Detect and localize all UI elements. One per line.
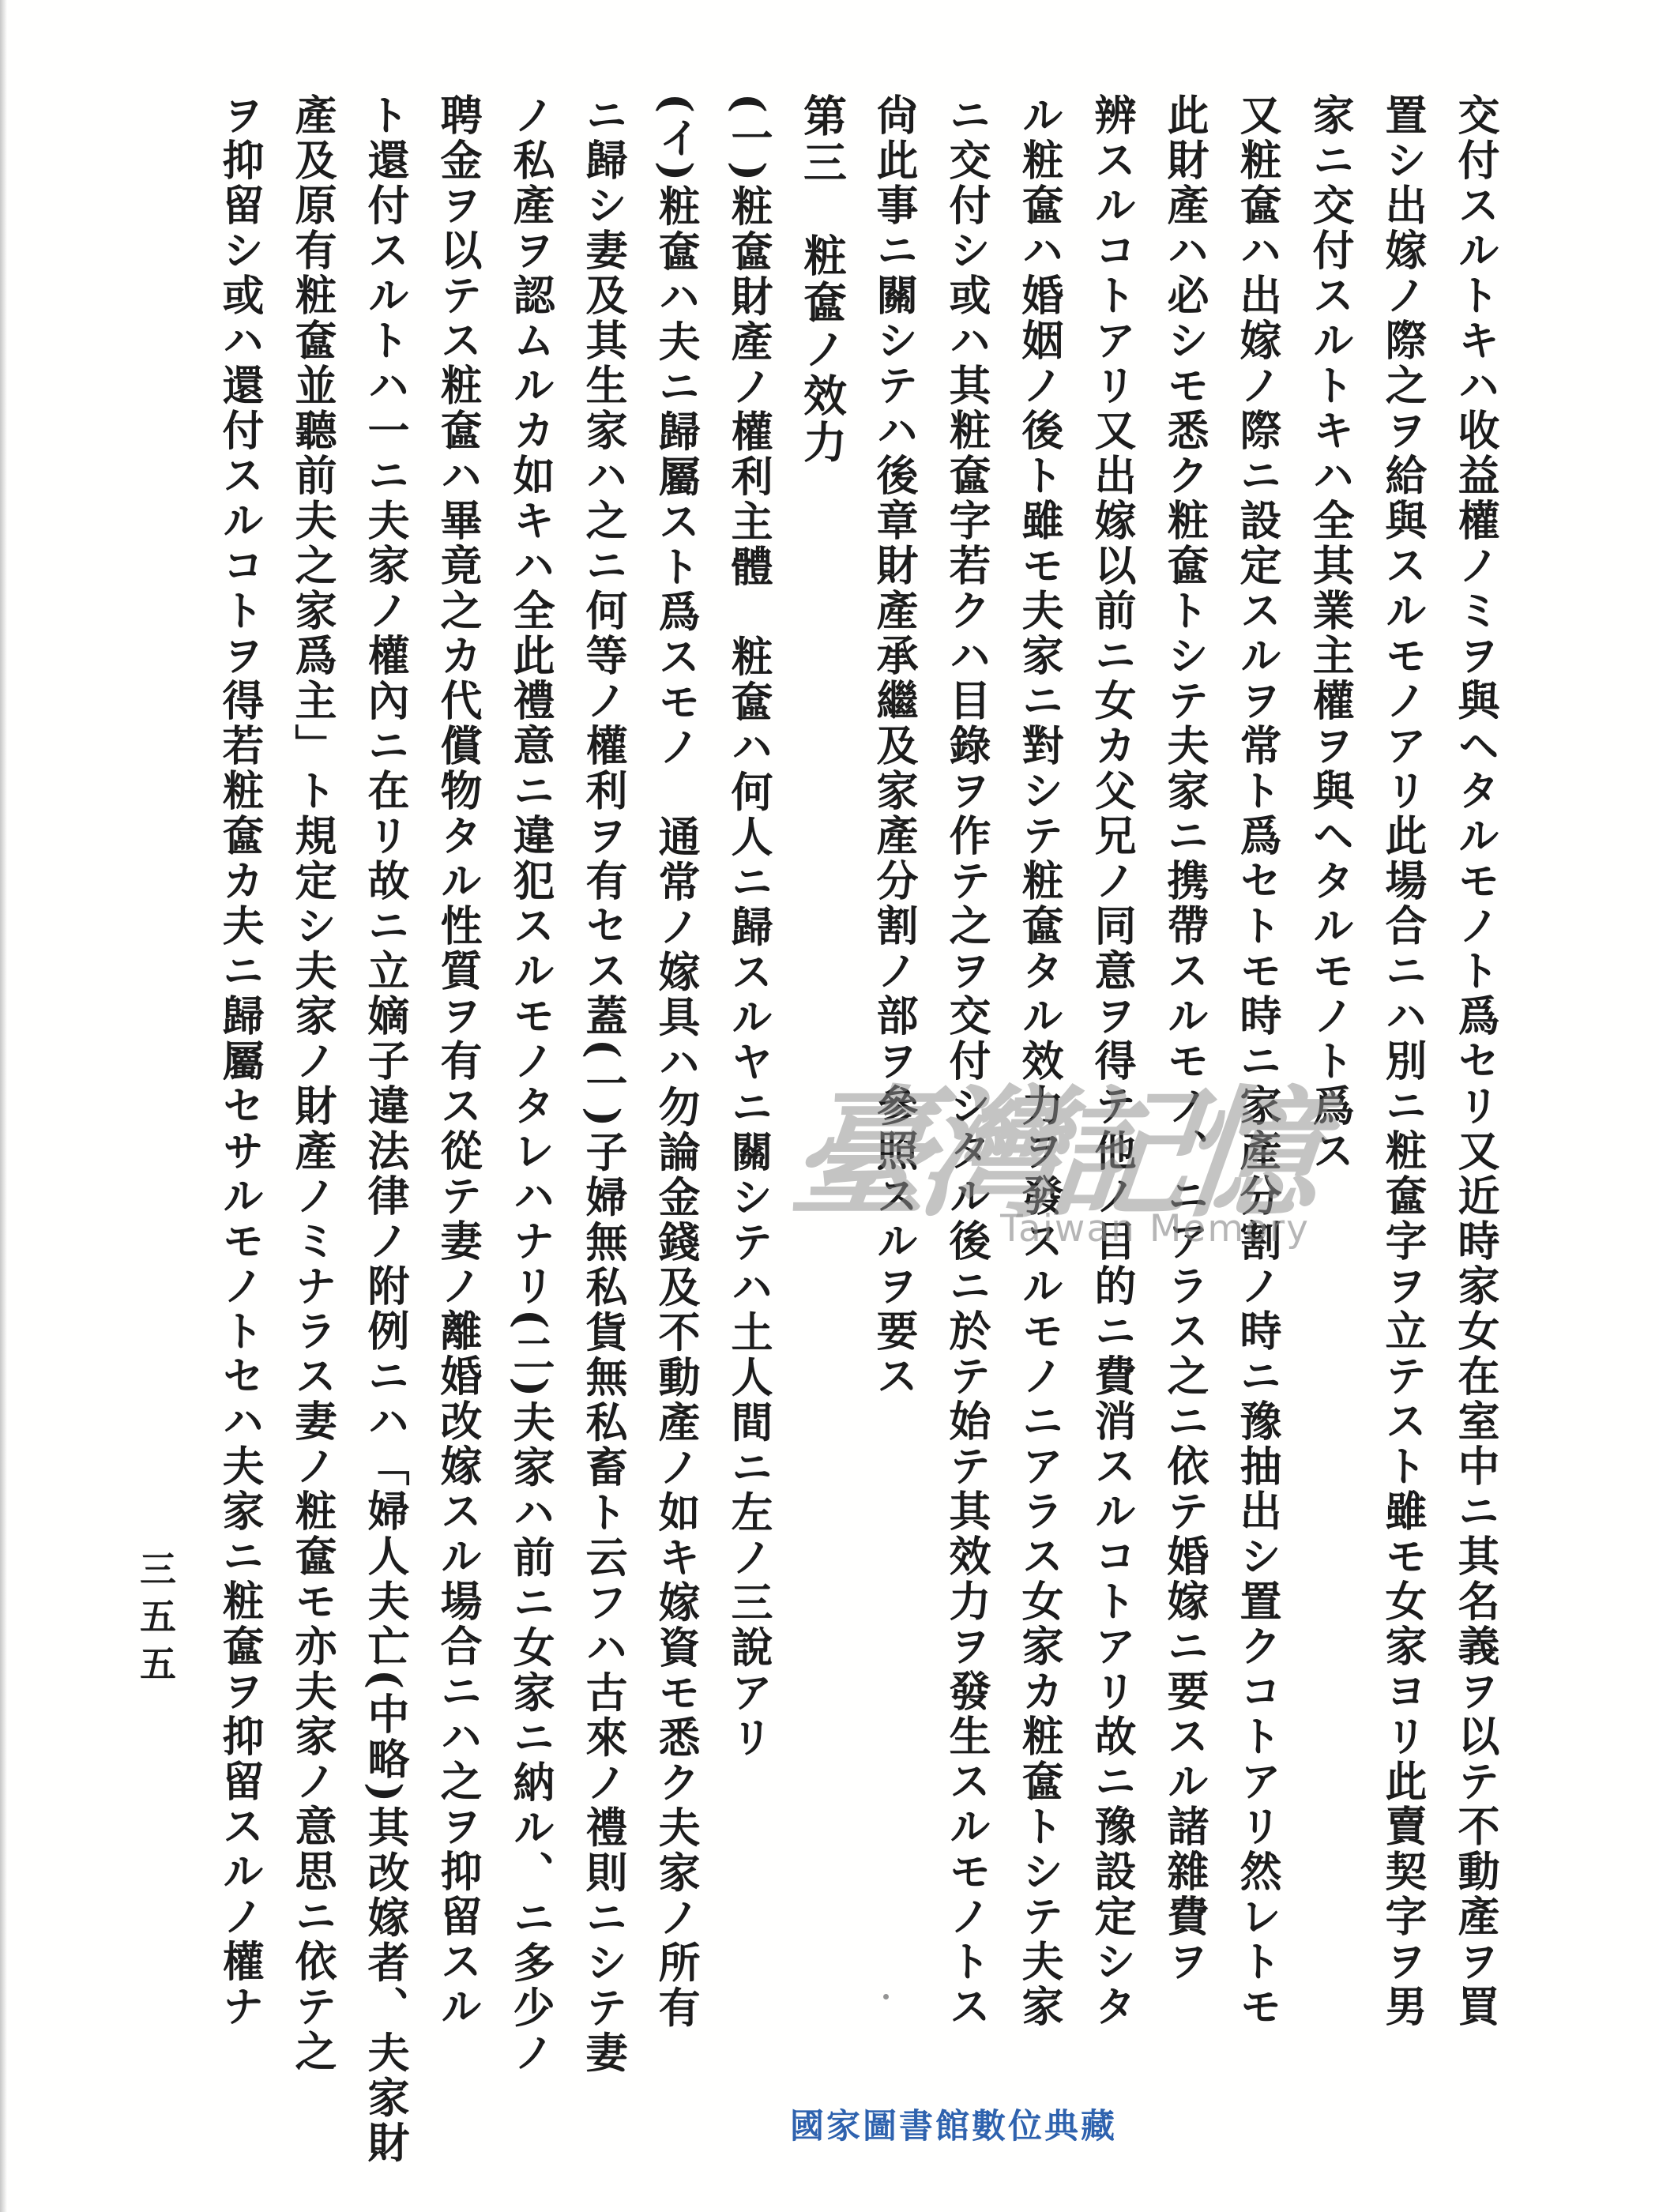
page-number: 三五五 xyxy=(130,1550,182,1692)
text-column: ニ交付シ或ハ其粧奩字若クハ目錄ヲ作テ之ヲ交付シタル後ニ於テ始テ其效力ヲ發生スルモ… xyxy=(931,93,1003,2147)
text-column: 家ニ交付スルトキハ全其業主權ヲ與ヘタルモノト爲ス xyxy=(1294,93,1367,2147)
text-column: ヲ抑留シ或ハ還付スルコトヲ得若粧奩カ夫ニ歸屬セサルモノトセハ夫家ニ粧奩ヲ抑留スル… xyxy=(204,93,276,2147)
text-column: ト還付スルトハ一ニ夫家ノ權內ニ在リ故ニ立嫡子違法律ノ附例ニハ「婦人夫亡(中略)其… xyxy=(349,93,422,2147)
library-footer-stamp: 國家圖書館數位典藏 xyxy=(790,2100,1117,2148)
text-column: (一)粧奩財產ノ權利主體 粧奩ハ何人ニ歸スルヤニ關シテハ土人間ニ左ノ三說アリ xyxy=(713,93,785,2147)
text-column: 交付スルトキハ收益權ノミヲ與ヘタルモノト爲セリ又近時家女在室中ニ其名義ヲ以テ不動… xyxy=(1439,93,1512,2147)
scanned-document-page: 交付スルトキハ收益權ノミヲ與ヘタルモノト爲セリ又近時家女在室中ニ其名義ヲ以テ不動… xyxy=(0,0,1659,2212)
text-column: ノ私產ヲ認ムルカ如キハ全此禮意ニ違犯スルモノタレハナリ(二)夫家ハ前ニ女家ニ納ル… xyxy=(495,93,567,2147)
scan-edge-shadow xyxy=(0,0,7,2212)
text-column: 產及原有粧奩並聽前夫之家爲主」ト規定シ夫家ノ財產ノミナラス妻ノ粧奩モ亦夫家ノ意思… xyxy=(276,93,349,2147)
text-column: ニ歸シ妻及其生家ハ之ニ何等ノ權利ヲ有セス蓋(一)子婦無私貨無私畜ト云フハ古來ノ禮… xyxy=(567,93,640,2147)
text-column: 尙此事ニ關シテハ後章財產承繼及家產分割ノ部ヲ參照スルヲ要ス xyxy=(858,93,931,2147)
text-column: ル粧奩ハ婚姻ノ後ト雖モ夫家ニ對シテ粧奩タル效力ヲ發スルモノニアラス女家カ粧奩トシ… xyxy=(1003,93,1076,2147)
vertical-text-block: 交付スルトキハ收益權ノミヲ與ヘタルモノト爲セリ又近時家女在室中ニ其名義ヲ以テ不動… xyxy=(204,93,1512,2147)
text-column: (イ)粧奩ハ夫ニ歸屬スト爲スモノ 通常ノ嫁具ハ勿論金錢及不動產ノ如キ嫁資モ悉ク夫… xyxy=(640,93,713,2147)
text-column: 此財產ハ必シモ悉ク粧奩トシテ夫家ニ携帶スルモノ、ニアラス之ニ依テ婚嫁ニ要スル諸雜… xyxy=(1149,93,1221,2147)
section-heading-column: 第三 粧奩ノ效力 xyxy=(785,93,858,2147)
text-column: 置シ出嫁ノ際之ヲ給與スルモノアリ此場合ニハ別ニ粧奩字ヲ立テスト雖モ女家ヨリ此賣契… xyxy=(1367,93,1439,2147)
text-column: 辨スルコトアリ又出嫁以前ニ女カ父兄ノ同意ヲ得テ他ノ目的ニ費消スルコトアリ故ニ豫設… xyxy=(1076,93,1149,2147)
text-column: 又粧奩ハ出嫁ノ際ニ設定スルヲ常ト爲セトモ時ニ家產分割ノ時ニ豫抽出シ置クコトアリ然… xyxy=(1221,93,1294,2147)
text-column: 聘金ヲ以テス粧奩ハ畢竟之カ代償物タル性質ヲ有ス從テ妻ノ離婚改嫁スル場合ニハ之ヲ抑… xyxy=(422,93,495,2147)
